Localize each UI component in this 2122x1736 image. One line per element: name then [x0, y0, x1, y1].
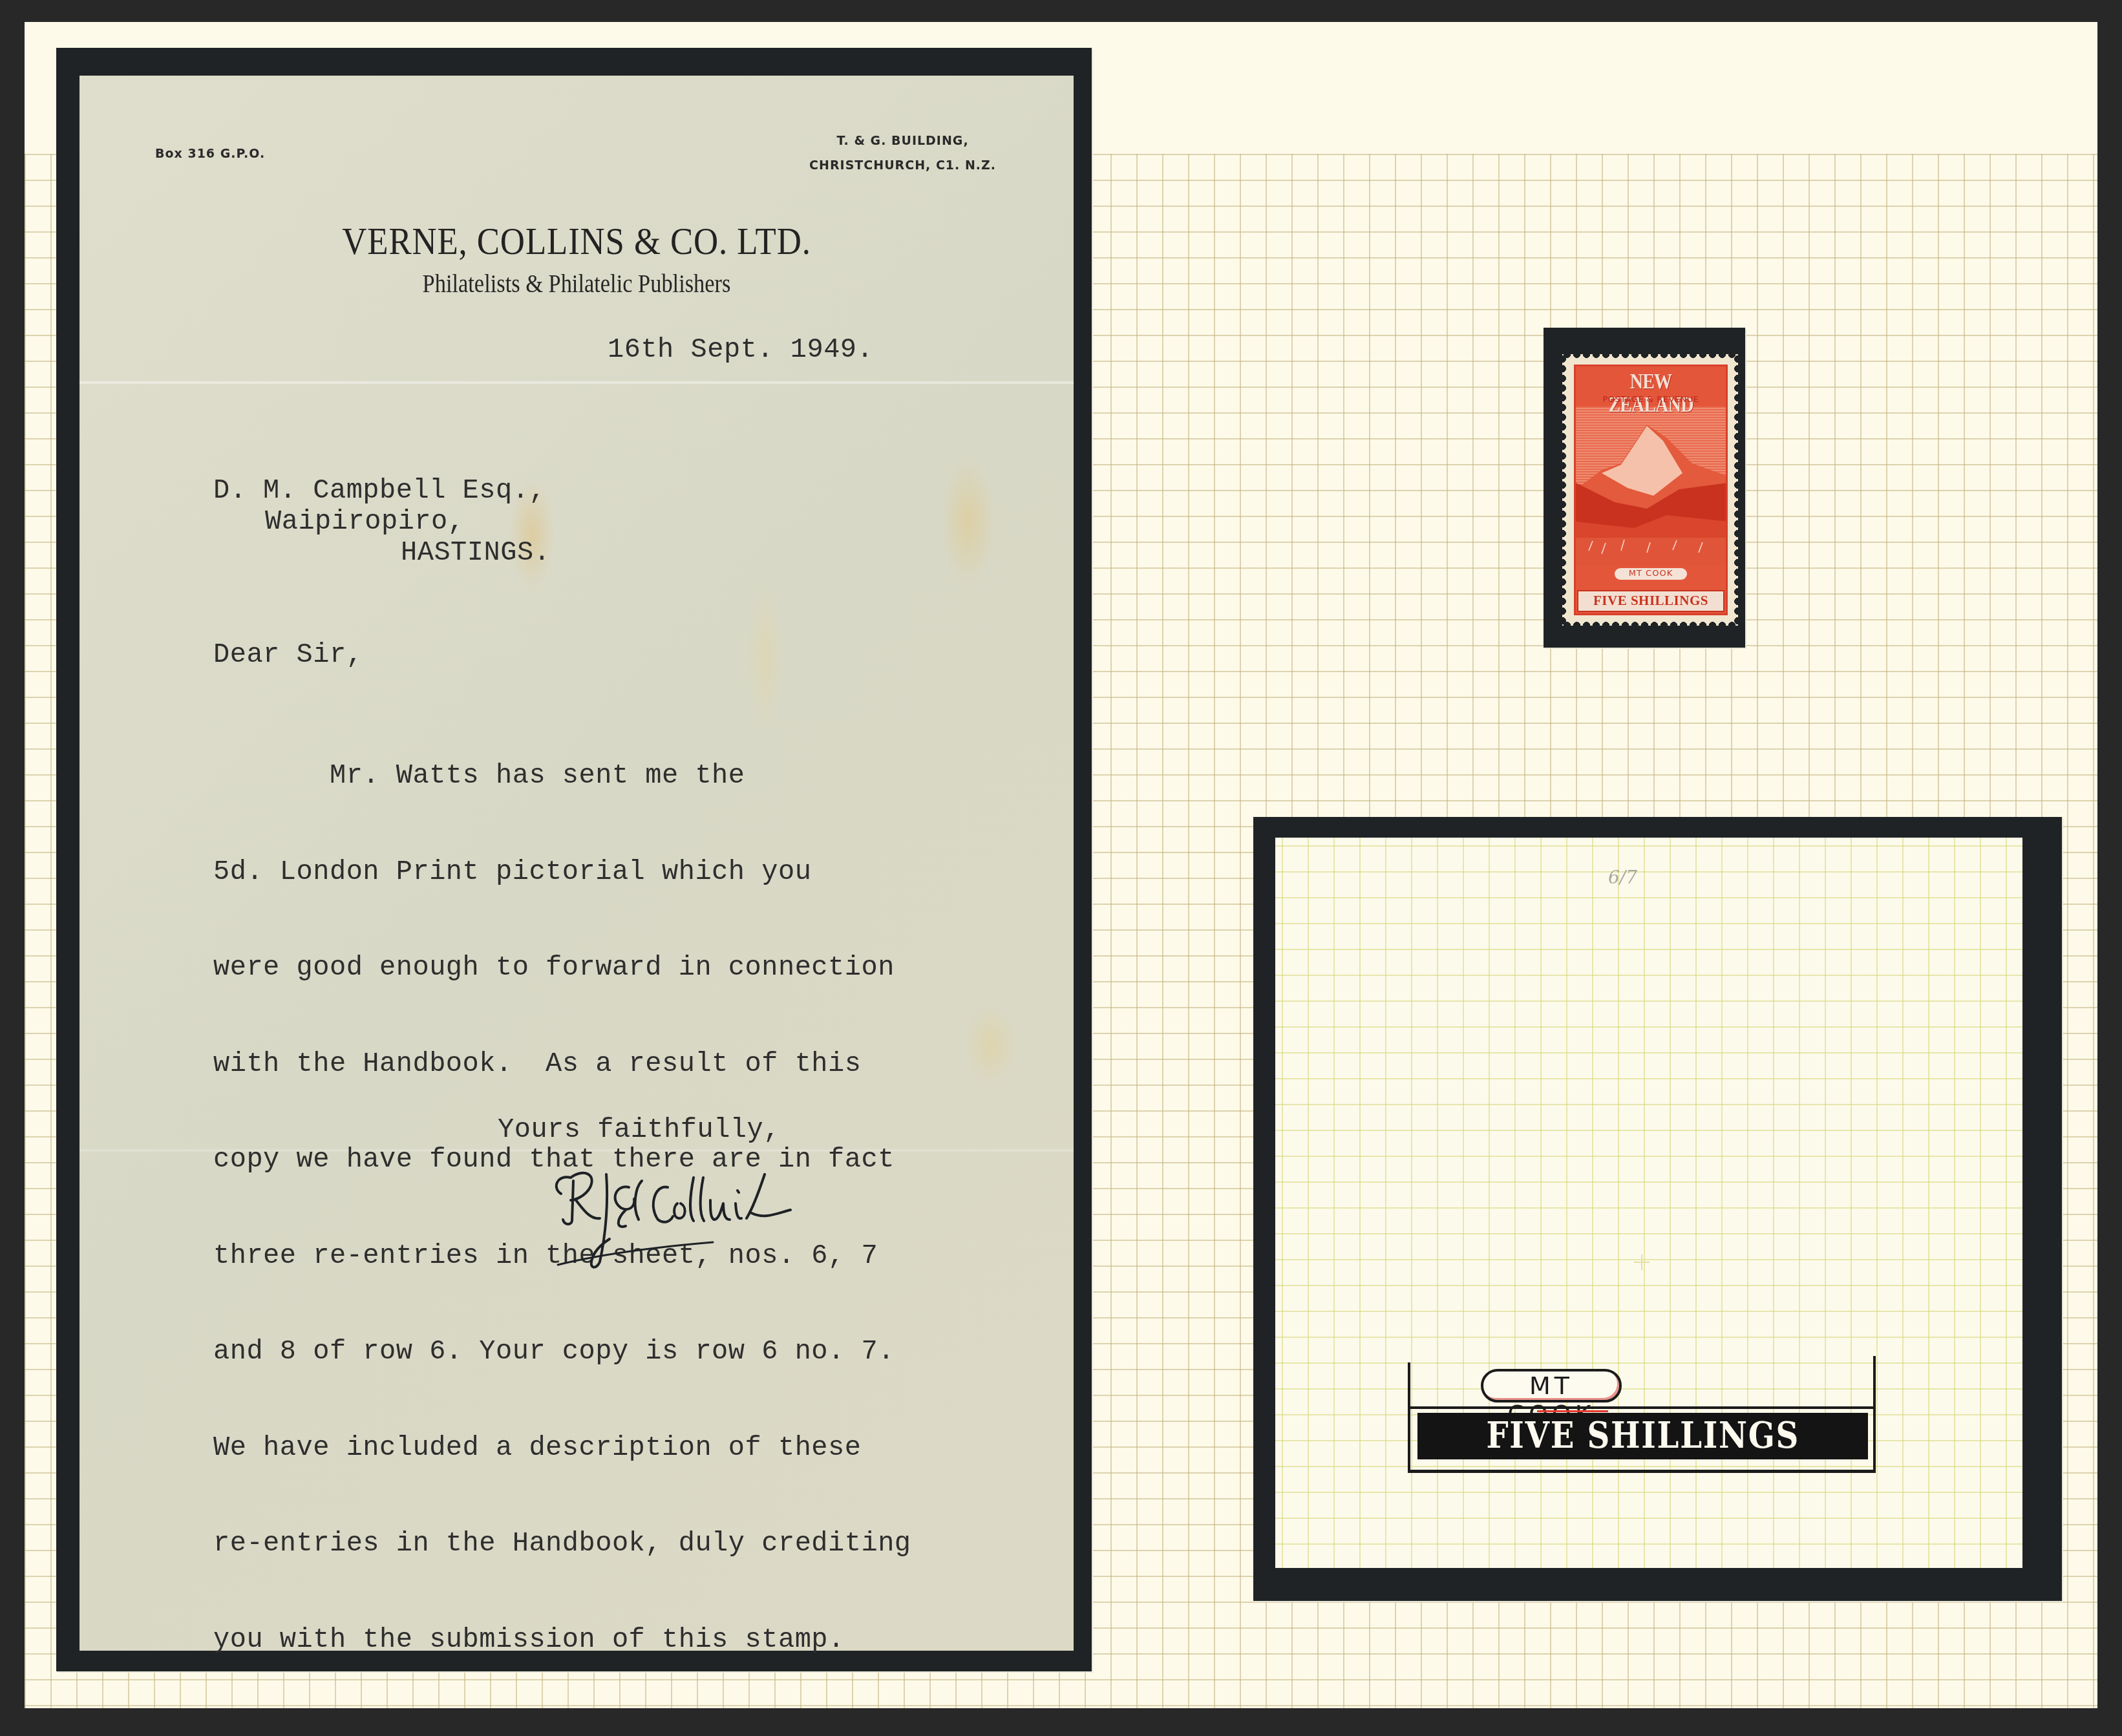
proof-subject: MT COOK [1481, 1369, 1622, 1403]
letterhead-company-name: VERNE, COLLINS & CO. LTD. [139, 219, 1013, 264]
letterhead-address-line1: T. & G. BUILDING, [809, 129, 996, 153]
body-line: We have included a description of these [213, 1432, 911, 1465]
recipient-locality: Waipiropiro, [265, 506, 464, 537]
stamp-subject: MT COOK [1615, 568, 1687, 580]
register-cross-icon [1634, 1254, 1650, 1270]
stamp: NEW ZEALAND POSTAGE & REVENUE MT COOK FI… [1562, 354, 1738, 626]
body-line: with the Handbook. As a result of this [213, 1048, 911, 1081]
letter: Box 316 G.P.O. T. & G. BUILDING, CHRISTC… [80, 76, 1074, 1651]
frame-line [1873, 1356, 1876, 1472]
frame-line [1408, 1362, 1410, 1472]
letterhead-box-number: Box 316 G.P.O. [155, 147, 265, 161]
stamp-perforations [1734, 354, 1742, 626]
body-line: 5d. London Print pictorial which you [213, 856, 911, 889]
proof-drawing: MT COOK FIVE SHILLINGS [1408, 1356, 1880, 1476]
body-line: you with the submission of this stamp. [213, 1624, 911, 1657]
body-line: re-entries in the Handbook, duly crediti… [213, 1528, 911, 1560]
body-line: and 8 of row 6. Your copy is row 6 no. 7… [213, 1336, 911, 1368]
stamp-subtitle: POSTAGE & REVENUE [1576, 395, 1726, 405]
pencil-note: 6/7 [1608, 867, 1637, 888]
body-line: Mr. Watts has sent me the [213, 760, 911, 792]
letter-date: 16th Sept. 1949. [608, 334, 873, 365]
frame-line [1408, 1470, 1876, 1473]
die-proof: 6/7 MT COOK FIVE SHILLINGS [1275, 838, 2022, 1568]
letterhead-tagline: Philatelists & Philatelic Publishers [149, 268, 1004, 299]
mountain-icon [1576, 412, 1728, 567]
body-line: were good enough to forward in connectio… [213, 952, 911, 984]
signature-icon [545, 1149, 855, 1278]
red-guide-line [1537, 1410, 1608, 1412]
recipient-name: D. M. Campbell Esq., [213, 475, 546, 506]
proof-value-text: FIVE SHILLINGS [1486, 1414, 1799, 1457]
fold-crease [80, 381, 1074, 385]
stamp-design: NEW ZEALAND POSTAGE & REVENUE MT COOK FI… [1574, 365, 1728, 615]
recipient-town: HASTINGS. [401, 537, 550, 568]
letterhead-address-line2: CHRISTCHURCH, C1. N.Z. [809, 153, 996, 178]
stamp-perforations [1562, 622, 1738, 630]
frame-line [1408, 1406, 1876, 1409]
stamp-country: NEW ZEALAND [1589, 370, 1712, 394]
letterhead-address: T. & G. BUILDING, CHRISTCHURCH, C1. N.Z. [809, 129, 996, 178]
stamp-perforations [1562, 350, 1738, 358]
closing: Yours faithfully, [498, 1114, 780, 1145]
stamp-perforations [1558, 354, 1566, 626]
proof-value: FIVE SHILLINGS [1417, 1413, 1868, 1459]
salutation: Dear Sir, [213, 639, 363, 670]
stamp-value: FIVE SHILLINGS [1577, 590, 1724, 612]
